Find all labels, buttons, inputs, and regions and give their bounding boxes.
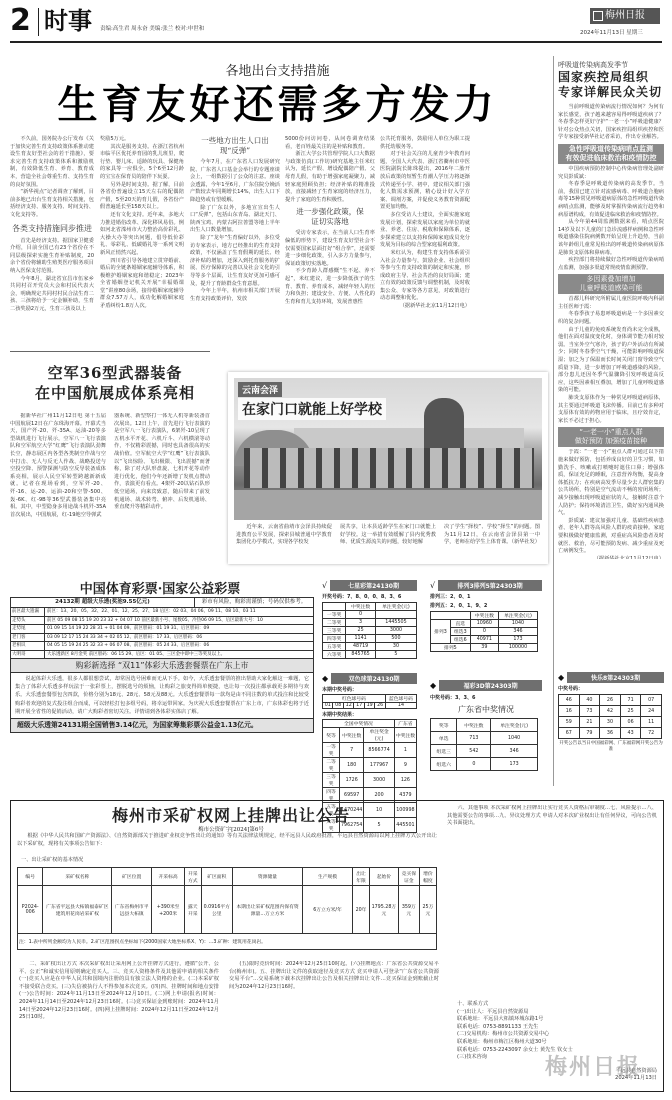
photo-students xyxy=(244,448,534,488)
pailie-table: 中奖注数单注奖金(元) 排列3直选109601040 组选30346 组选640… xyxy=(430,611,538,652)
qixingcai-numbers: 开奖号码：7、8、0、0、8、3、6 xyxy=(322,593,417,600)
table-row: P2024-006广东省平远县大柘镇福泰矿区建筑用花岗岩采矿权广东省梅州市平远县… xyxy=(18,886,437,934)
table-row: 6779364372 xyxy=(559,728,662,739)
section-title: 时事 xyxy=(44,6,92,36)
dlt-row: 老门客03 09 12 17 15 24 33 34 + 02 05 12、前区… xyxy=(11,634,313,643)
lead-column-2: 奖励5万元。 其次是服务支持。在浙江省杭州市临平区优托养育园的乳儿班里，爬行垫、… xyxy=(100,136,184,311)
table-row: 三等奖253000 xyxy=(323,627,417,635)
table-row: 二等奖1801779679 xyxy=(323,758,417,773)
logo-icon xyxy=(593,11,603,21)
sidebar-story: 呼吸道传染病高发季节 国家疾控局组织 专家详解民众关切 当前呼吸道传染病流行情况… xyxy=(558,60,664,559)
pailie-panel: √排列3排列5第24303期 排列三：2、0、1 排列五：2、0、1、9、2 中… xyxy=(430,580,542,652)
dlt-row: 走势尾01 09 15 14 19 22 28 31 + 01 04 09、前区… xyxy=(11,625,313,634)
watermark: 梅州日报 xyxy=(545,1050,641,1081)
table-row: 1673422524 xyxy=(559,706,662,717)
editor-credits: 责编:高生君 周永奋 美编:张兰 校对:申世和 xyxy=(100,24,204,32)
sidebar-byline: （据新华社北京11月12日电） xyxy=(558,556,664,560)
masthead-divider xyxy=(38,8,39,36)
dlt-row: 老相识04 05 15 19 24 25 32 33 + 06 07 08、前区… xyxy=(11,642,313,651)
fucai3d-title: 福彩3D第24303期 xyxy=(439,680,542,691)
table-row: 组选六0173 xyxy=(431,758,538,771)
mining-notice-title: 梅州市采矿权网上挂牌出让公告 xyxy=(11,803,451,826)
dlt-sales-footer: 超级大乐透第24131期全国销售3.14亿元，为国家筹集彩票公益金1.13亿元。 xyxy=(11,718,313,732)
sidebar-band-1: 急性呼吸道传染病哨点监测 有效促进临床救治和疫情防控 xyxy=(558,144,664,164)
table-row: 一等奖785667741 xyxy=(323,743,417,758)
table-row: 二等奖31445505 xyxy=(323,619,417,627)
sports-lottery-icon: √ xyxy=(322,581,327,590)
airforce-column-2: 器系统、新型察打一体无人机等新装备首次展出。12日上午，首先进行飞行表演的是空军… xyxy=(114,413,210,512)
lead-kicker: 各地出台支持措施 xyxy=(0,60,555,79)
lead-subhead-2: 一些地方出生人口出现“反弹” xyxy=(198,136,272,156)
sports-lottery-icon: √ xyxy=(430,581,435,590)
qixingcai-table: 中奖注数单注奖金(元) 一等奖0 二等奖31445505 三等奖253000 四… xyxy=(322,602,417,659)
welfare-lottery-icon: ◆ xyxy=(430,681,436,690)
ssq-numbers-table: 红色球号码蓝色球号码 01081217192614 xyxy=(322,694,417,709)
kuaile8-panel: ◆快乐8第24303期 中奖号码： 4640267107 1673422524 … xyxy=(558,672,664,753)
sidebar-kicker: 呼吸道传染病高发季节 xyxy=(558,60,664,70)
lead-subhead-3: 进一步强化政策，保证切实落地 xyxy=(295,207,365,227)
masthead-rule xyxy=(10,41,662,43)
table-row: 单选7131040 xyxy=(431,732,538,745)
sidebar-vertical-rule xyxy=(553,56,554,786)
mining-notice-docno: 梅市公资矿字[2024]第6号 xyxy=(11,825,451,833)
sports-lottery-title: 中国体育彩票·国家公益彩票 xyxy=(10,578,310,597)
lead-column-5: 公共托育服务，鼓励用人单位为职工提供托幼服务等。 对于社会关注的儿童青少年教育问… xyxy=(380,136,470,311)
qixingcai-title: 七星彩第24130期 xyxy=(330,580,417,591)
table-row: 排列539100000 xyxy=(431,644,538,652)
table-row: 四等奖1141500 xyxy=(323,635,417,643)
airforce-column-1: 据新华社广州11月12日电 第十五届中国航展12日在广东珠海开幕。开幕式当天，国… xyxy=(10,413,106,519)
mining-notice-col3: 六、其他事项 本次采矿权网上挂牌出让实行竞买人资格后审制度…七、风险提示…八、其… xyxy=(447,805,657,828)
pailie-title: 排列3排列5第24303期 xyxy=(438,580,542,591)
fucai3d-panel: ◆福彩3D第24303期 中奖号码：3、3、6 广东省中奖情况 奖等中奖注数单注… xyxy=(430,680,542,771)
table-row: 三等奖17263000126 xyxy=(323,773,417,788)
page-number: 2 xyxy=(10,6,31,36)
mining-notice-col2: (五)限时竞价时间：2024年12月25日10时起。(六)挂牌地点：广东省公共资… xyxy=(229,961,439,991)
sidebar-headline-2: 专家详解民众关切 xyxy=(558,85,664,100)
dlt-promo-text: 说起体彩大乐透，很多人都很想尝试，却常因选号困难而无从下手。如今，大乐透套餐票的… xyxy=(11,673,313,718)
dlt-row: 前区最大遗漏前区：13、20、05、32、22、01、12、25、27、18 后… xyxy=(11,608,313,617)
sidebar-band-2: 多因素叠加增加 儿童呼吸道感染可能 xyxy=(558,274,664,294)
table-row: 4640267107 xyxy=(559,695,662,706)
yunnan-caption-3: 决了学生“择校”、学校“择生”的问题。图为11月12日，在云南省会泽县第一中学，… xyxy=(444,524,540,547)
yunnan-caption-2: 展共享，让本县适龄学生在家门口就能上好学校。这一举措有效缓解了县内优秀教师、优质… xyxy=(340,524,436,547)
mining-notice: 梅州市采矿权网上挂牌出让公告 梅市公资矿字[2024]第6号 根据《中华人民共和… xyxy=(10,800,664,1092)
yunnan-tag: 云南会泽 xyxy=(238,382,282,397)
welfare-lottery-icon: ◆ xyxy=(558,673,564,682)
dlt-notice: 彩市有风险，购彩需谨慎；号码仅供参考。 xyxy=(195,598,313,607)
table-row: 组选三542346 xyxy=(431,745,538,758)
table-row: 五等奖4871930 xyxy=(323,643,417,651)
lead-byline: （据新华社北京11月12日电） xyxy=(380,303,470,311)
lead-subhead-1: 各类支持措施同步推进 xyxy=(10,223,94,235)
airforce-top-rule xyxy=(10,351,210,352)
airforce-headline-1: 空军36型武器装备 xyxy=(10,362,220,383)
sports-lottery-box: 24132期 超级大乐透(奖池9.55亿元) 彩市有风险，购彩需谨慎；号码仅供参… xyxy=(10,597,314,733)
kuaile8-title: 快乐8第24303期 xyxy=(567,672,664,683)
yunnan-headline: 在家门口就能上好学校 xyxy=(238,398,386,420)
dlt-promo-title: 购彩新选择 “双11”体彩大乐透套餐票在广东上市 xyxy=(11,659,313,673)
lead-headline: 生育友好还需多方发力 xyxy=(0,82,555,128)
photo-ground xyxy=(234,490,542,520)
fucai3d-subtitle: 广东省中奖情况 xyxy=(430,704,542,715)
sidebar-band-3: “一老一小”重点人群 做好预防 加强疫苗接种 xyxy=(558,427,664,447)
yunnan-photo-story: 云南会泽 在家门口就能上好学校 近年来，云南省曲靖市会泽县持续促进教育公平发展，… xyxy=(228,372,548,564)
table-row: 六等奖8457655 xyxy=(323,651,417,659)
lead-column-3: 一些地方出生人口出现“反弹” 今年7月，在广东省人口发展研究院、广东省人口基金会… xyxy=(190,136,280,303)
fucai3d-table: 奖等中奖注数单注奖金(元) 单选7131040 组选三542346 组选六017… xyxy=(430,718,538,771)
mining-notice-table: 编号采矿权名称矿区位置开采标高开采方式矿区面积资源储量生产规模出让年限起始价竞买… xyxy=(17,867,437,950)
lead-column-4: 5000份问访问卷，从问卷调查结果看，老百姓最关注的是补贴和教育。 浙江大学公共… xyxy=(285,136,375,306)
airforce-headline-2: 在中国航展成体系亮相 xyxy=(10,382,220,403)
dlt-row: 走势头前区 05 09 08 15 19 20 23 32 + 04 07 10… xyxy=(11,617,313,626)
table-row: 排列3直选109601040 xyxy=(431,620,538,628)
shuangseqiu-title: 双色球第24130期 xyxy=(331,673,417,684)
table-row: 5921300611 xyxy=(559,717,662,728)
qixingcai-panel: √七星彩第24130期 开奖号码：7、8、0、0、8、3、6 中奖注数单注奖金(… xyxy=(322,580,417,659)
masthead: 2 时事 责编:高生君 周永奋 美编:张兰 校对:申世和 梅州日报 2024年1… xyxy=(0,0,672,44)
paper-logo: 梅州日报 xyxy=(590,8,660,24)
yunnan-caption-1: 近年来，云南省曲靖市会泽县持续促进教育公平发展，探索县城普通中学教育集团化办学模… xyxy=(236,524,332,547)
welfare-lottery-icon: ◆ xyxy=(322,674,328,683)
mining-notice-intro: 根据《中华人民共和国矿产资源法》、《自然资源部关于推进矿业权竞争性出让的通知》等… xyxy=(17,833,437,848)
table-row: 一等奖0 xyxy=(323,611,417,619)
kuaile8-grid: 4640267107 1673422524 5921300611 6779364… xyxy=(558,694,662,739)
sidebar-headline-1: 国家疾控局组织 xyxy=(558,70,664,85)
issue-date: 2024年11月13日 星期三 xyxy=(580,28,643,36)
dlt-draw-header: 24132期 超级大乐透(奖池9.55亿元) xyxy=(11,598,195,607)
mining-notice-col1: 二、采矿权出让方式 本次采矿权出让采用网上公开挂牌方式进行，遵循“公开、公平、公… xyxy=(19,961,219,1022)
lead-column-1: 不久前，国务院办公厅发布《关于加快完善生育支持政策体系推动建设生育友好型社会的若… xyxy=(10,136,94,313)
dlt-row: 大明哥大乐透新区 8月金奖 前区胆码：06 15 29、后区：01 05、三区金… xyxy=(11,651,313,660)
